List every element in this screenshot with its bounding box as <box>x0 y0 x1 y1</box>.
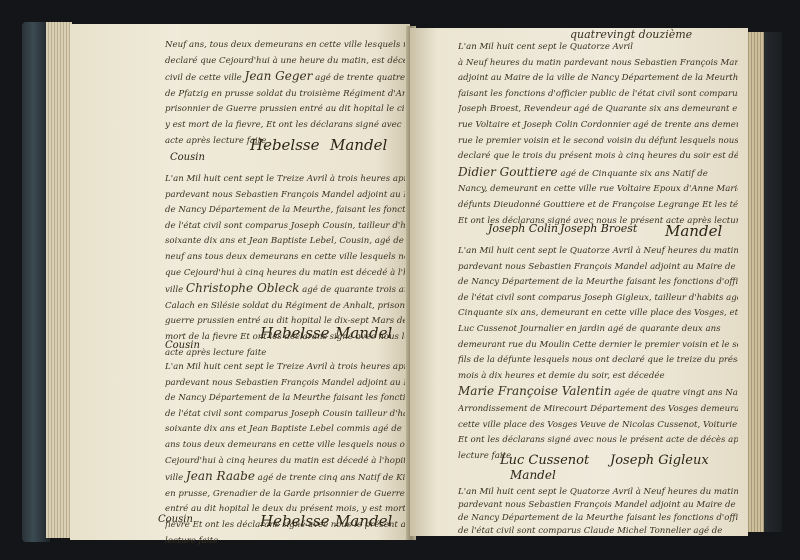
text-line: civil de cette ville <box>165 73 242 83</box>
text-line: cette ville place des Vosges Veuve de Ni… <box>458 418 738 434</box>
text-line: Arrondissement de Mirecourt Département … <box>458 402 738 418</box>
text-line: neuf ans tous deux demeurans en cette vi… <box>165 250 405 266</box>
text-line: soixante dix ans et Jean Baptiste Lebel,… <box>165 234 405 250</box>
text-line: de l'état civil sont comparus Joseph Cou… <box>165 407 405 423</box>
text-line: mois à dix heures et demie du soir, est … <box>458 369 738 385</box>
deceased-name: Christophe Obleck <box>186 281 299 295</box>
signature: Cousin <box>170 152 205 163</box>
text-line: L'an Mil huit cent sept le Treize Avril … <box>165 172 405 188</box>
text-line: de Pfatzig en prusse soldat du troisième… <box>165 87 405 103</box>
text-line: fils de la défunte lesquels nous ont dec… <box>458 353 738 369</box>
deceased-name: Jean Geger <box>245 69 313 83</box>
signature: Cousin <box>165 340 200 351</box>
text-line: lecture faite <box>165 534 405 550</box>
signature: Joseph Gigleux <box>610 453 709 468</box>
text-line: de Nancy Département de la Meurthe faisa… <box>458 275 738 291</box>
text-line: de Nancy Département de la Meurthe faisa… <box>458 512 738 525</box>
text-line: Luc Cussenot Journalier en jardin agé de… <box>458 322 738 338</box>
text-line: pardevant nous Sebastien François Mandel… <box>458 499 738 512</box>
text-line: declaré que Cejourd'hui à une heure du m… <box>165 54 405 70</box>
text-line: agée de quatre vingt ans Native de Mirec… <box>614 388 738 398</box>
deceased-name: Marie Françoise Valentin <box>458 384 612 398</box>
text-line: y est mort de la fievre, Et ont les décl… <box>165 118 405 134</box>
left-entry-1: Neuf ans, tous deux demeurans en cette v… <box>165 38 405 149</box>
right-entry-3: L'an Mil huit cent sept le Quatorze Avri… <box>458 486 738 538</box>
page-edges-left <box>46 22 72 538</box>
right-page: quatrevingt douzième L'an Mil huit cent … <box>410 28 748 536</box>
text-line: Joseph Broest, Revendeur agé de Quarante… <box>458 102 738 118</box>
text-line: agé de Cinquante six ans Natif de <box>560 169 707 179</box>
text-line: que Cejourd'hui à cinq heures du matin e… <box>165 266 405 282</box>
text-line: L'an Mil huit cent sept le Quatorze Avri… <box>458 244 738 260</box>
text-line: L'an Mil huit cent sept le Quatorze Avri… <box>458 40 738 56</box>
text-line: de Nancy Département de la Meurthe faisa… <box>165 391 405 407</box>
signature: Hebelsse <box>250 136 320 154</box>
text-line: de l'état civil sont comparus Claude Mic… <box>458 525 738 538</box>
signature: Mandel <box>330 136 387 154</box>
text-line: défunts Dieudonné Gouttiere et de Franço… <box>458 198 738 214</box>
text-line: faisant les fonctions d'officier public … <box>458 87 738 103</box>
deceased-name: Jean Raabe <box>186 469 255 483</box>
text-line: agé de trente quatre ans Natif <box>315 73 405 83</box>
text-line: prisonnier de Guerre prussien entré au d… <box>165 102 405 118</box>
text-line: adjoint au Maire de la ville de Nancy Dé… <box>458 71 738 87</box>
text-line: Et ont les déclarans signé avec nous le … <box>458 433 738 449</box>
page-edges-right <box>746 32 764 532</box>
right-entry-2: L'an Mil huit cent sept le Quatorze Avri… <box>458 244 738 464</box>
text-line: de l'état civil sont comparus Joseph Gig… <box>458 291 738 307</box>
signature: Joseph Broest <box>560 222 637 235</box>
text-line: soixante dix ans et Jean Baptiste Lebel … <box>165 422 405 438</box>
register-book: Neuf ans, tous deux demeurans en cette v… <box>22 18 782 548</box>
text-line: declaré que le trois du présent mois à c… <box>458 149 738 165</box>
text-line: rue le premier voisin et le second voisi… <box>458 134 738 150</box>
text-line: ans tous deux demeurans en cette ville l… <box>165 438 405 454</box>
signature: Luc Cussenot <box>500 453 589 468</box>
signature: Mandel <box>335 324 392 342</box>
text-line: ville <box>165 285 183 295</box>
text-line: en prusse, Grenadier de la Garde prisonn… <box>165 487 405 503</box>
text-line: Cejourd'hui à cinq heures du matin est d… <box>165 454 405 470</box>
signature: Joseph Colin <box>488 222 558 235</box>
text-line: Cinquante six ans, demeurant en cette vi… <box>458 306 738 322</box>
text-line: de Nancy Département de la Meurthe, fais… <box>165 203 405 219</box>
text-line: ville <box>165 473 183 483</box>
text-line: L'an Mil huit cent sept le Quatorze Avri… <box>458 486 738 499</box>
signature: Hebelsse <box>260 512 330 530</box>
text-line: Nancy, demeurant en cette ville rue Volt… <box>458 182 738 198</box>
text-line: demeurant rue du Moulin Cette dernier le… <box>458 338 738 354</box>
text-line: L'an Mil huit cent sept le Treize Avril … <box>165 360 405 376</box>
text-line: agé de trente cinq ans Natif de Kirsch <box>258 473 405 483</box>
left-page: Neuf ans, tous deux demeurans en cette v… <box>70 24 410 540</box>
text-line: pardevant nous Sebastien François Mandel… <box>165 188 405 204</box>
text-line: rue Voltaire et Joseph Colin Cordonnier … <box>458 118 738 134</box>
signature: Cousin <box>158 514 193 525</box>
text-line: Neuf ans, tous deux demeurans en cette v… <box>165 38 405 54</box>
text-line: pardevant nous Sebastien François Mandel… <box>458 260 738 276</box>
signature: Mandel <box>665 222 722 240</box>
right-entry-1: L'an Mil huit cent sept le Quatorze Avri… <box>458 40 738 229</box>
text-line: agé de quarante trois ans Natif de <box>302 285 405 295</box>
signature: Mandel <box>335 512 392 530</box>
deceased-name: Didier Gouttiere <box>458 165 558 179</box>
text-line: à Neuf heures du matin pardevant nous Se… <box>458 56 738 72</box>
text-line: Calach en Silésie soldat du Régiment de … <box>165 299 405 315</box>
signature: Mandel <box>510 468 556 482</box>
text-line: acte après lecture faite <box>165 346 405 362</box>
text-line: pardevant nous Sebastien François Mandel… <box>165 376 405 392</box>
signature: Hebelsse <box>260 324 330 342</box>
text-line: de l'état civil sont comparus Joseph Cou… <box>165 219 405 235</box>
